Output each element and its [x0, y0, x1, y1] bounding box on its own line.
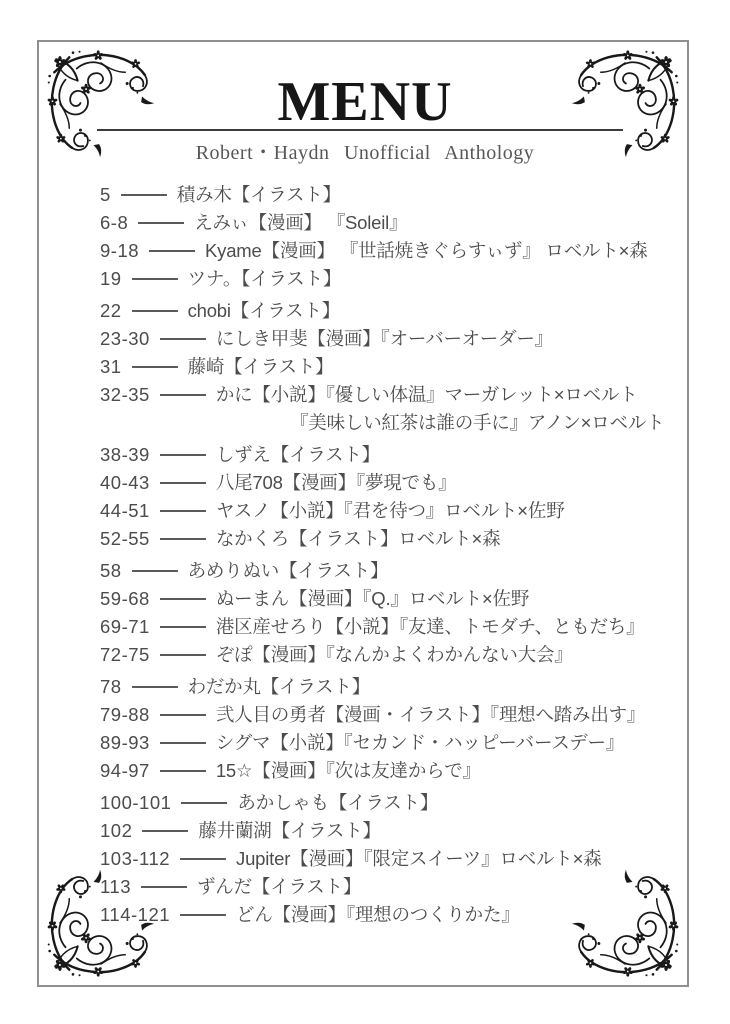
entry-text: chobi【イラスト】 [188, 300, 340, 321]
toc-row: 44-51ヤスノ【小説】『君を待つ』ロベルト×佐野 [100, 497, 700, 525]
page-numbers: 79-88 [100, 701, 150, 729]
entry-text: わだか丸【イラスト】 [188, 676, 370, 697]
entry-text: あめりぬい【イラスト】 [188, 560, 389, 581]
leader-line [149, 250, 195, 252]
page-numbers: 103-112 [100, 845, 170, 873]
entry-text: 『美味しい紅茶は誰の手に』アノン×ロベルト [290, 412, 664, 433]
page-numbers: 38-39 [100, 441, 150, 469]
page-subtitle: Robert・Haydn Unofficial Anthology [0, 136, 730, 165]
leader-line [160, 338, 206, 340]
page-numbers: 23-30 [100, 325, 150, 353]
toc-group: 38-39しずえ【イラスト】40-43八尾708【漫画】『夢現でも』44-51ヤ… [100, 441, 700, 553]
entry-text: Jupiter【漫画】『限定スイーツ』ロベルト×森 [236, 848, 601, 869]
toc-row: 69-71港区産せろり【小説】『友達、トモダチ、ともだち』 [100, 613, 700, 641]
page-numbers: 32-35 [100, 381, 150, 409]
page-numbers: 100-101 [100, 789, 171, 817]
page-numbers: 94-97 [100, 757, 150, 785]
entry-text: 藤崎【イラスト】 [188, 356, 334, 377]
entry-text: 15☆【漫画】『次は友達からで』 [216, 760, 481, 781]
toc-row: 23-30にしき甲斐【漫画】『オーバーオーダー』 [100, 325, 700, 353]
page-numbers: 19 [100, 265, 122, 293]
entry-text: ヤスノ【小説】『君を待つ』ロベルト×佐野 [216, 500, 565, 521]
page-numbers: 52-55 [100, 525, 150, 553]
entry-text: しずえ【イラスト】 [216, 444, 380, 465]
toc-row: 78わだか丸【イラスト】 [100, 673, 700, 701]
leader-line [132, 686, 178, 688]
leader-line [160, 598, 206, 600]
page-numbers: 72-75 [100, 641, 150, 669]
entry-text: ぞぽ【漫画】『なんかよくわかんない大会』 [216, 644, 573, 665]
toc-row: 19ツナ。【イラスト】 [100, 265, 700, 293]
toc-row: 102藤井蘭湖【イラスト】 [100, 817, 700, 845]
page-numbers: 6-8 [100, 209, 128, 237]
entry-text: どん【漫画】『理想のつくりかた』 [236, 904, 520, 925]
entry-text: Kyame【漫画】 『世話焼きぐらすぃず』 ロベルト×森 [205, 240, 648, 261]
entry-text: 藤井蘭湖【イラスト】 [198, 820, 380, 841]
entry-text: えみぃ【漫画】 『Soleil』 [194, 212, 407, 233]
toc-group: 22chobi【イラスト】23-30にしき甲斐【漫画】『オーバーオーダー』31藤… [100, 297, 700, 437]
entry-text: 港区産せろり【小説】『友達、トモダチ、ともだち』 [216, 616, 645, 637]
page-numbers: 5 [100, 181, 111, 209]
entry-text: 積み木【イラスト】 [177, 184, 341, 205]
anthology-menu-page: MENU Robert・Haydn Unofficial Anthology 5… [0, 0, 730, 1024]
title-underline [97, 129, 623, 131]
page-numbers: 31 [100, 353, 122, 381]
page-numbers: 59-68 [100, 585, 150, 613]
toc-row: 5積み木【イラスト】 [100, 181, 700, 209]
toc-row: 89-93シグマ【小説】『セカンド・ハッピーバースデー』 [100, 729, 700, 757]
toc-row: 58あめりぬい【イラスト】 [100, 557, 700, 585]
toc-row: 103-112Jupiter【漫画】『限定スイーツ』ロベルト×森 [100, 845, 700, 873]
toc-row: 32-35かに【小説】『優しい体温』マーガレット×ロベルト [100, 381, 700, 409]
page-numbers: 9-18 [100, 237, 139, 265]
toc-row: 114-121どん【漫画】『理想のつくりかた』 [100, 901, 700, 929]
entry-text: 弐人目の勇者【漫画・イラスト】『理想へ踏み出す』 [216, 704, 645, 725]
page-numbers: 114-121 [100, 901, 170, 929]
toc-row: 52-55なかくろ【イラスト】ロベルト×森 [100, 525, 700, 553]
toc-row: 38-39しずえ【イラスト】 [100, 441, 700, 469]
page-numbers: 78 [100, 673, 122, 701]
entry-text: 八尾708【漫画】『夢現でも』 [216, 472, 457, 493]
leader-line [160, 454, 206, 456]
toc-row: 79-88弐人目の勇者【漫画・イラスト】『理想へ踏み出す』 [100, 701, 700, 729]
leader-line [180, 914, 226, 916]
toc-row: 31藤崎【イラスト】 [100, 353, 700, 381]
leader-line [138, 222, 184, 224]
toc-row: 59-68ぬーまん【漫画】『Q.』ロベルト×佐野 [100, 585, 700, 613]
leader-line [132, 366, 178, 368]
toc-row: 6-8えみぃ【漫画】 『Soleil』 [100, 209, 700, 237]
leader-line [121, 194, 167, 196]
leader-line [160, 394, 206, 396]
toc-row: 113ずんだ【イラスト】 [100, 873, 700, 901]
leader-line [181, 802, 227, 804]
toc-row-continuation: 『美味しい紅茶は誰の手に』アノン×ロベルト [100, 409, 700, 437]
entry-text: なかくろ【イラスト】ロベルト×森 [216, 528, 501, 549]
entry-text: ツナ。【イラスト】 [188, 268, 342, 289]
entry-text: かに【小説】『優しい体温』マーガレット×ロベルト [216, 384, 638, 405]
leader-line [160, 538, 206, 540]
leader-line [160, 742, 206, 744]
page-numbers: 58 [100, 557, 122, 585]
leader-line [132, 310, 178, 312]
leader-line [132, 278, 178, 280]
toc-group: 5積み木【イラスト】6-8えみぃ【漫画】 『Soleil』9-18Kyame【漫… [100, 181, 700, 293]
leader-line [160, 654, 206, 656]
leader-line [141, 886, 187, 888]
entry-text: あかしゃも【イラスト】 [237, 792, 438, 813]
page-numbers: 44-51 [100, 497, 150, 525]
leader-line [160, 626, 206, 628]
toc-row: 72-75ぞぽ【漫画】『なんかよくわかんない大会』 [100, 641, 700, 669]
page-numbers: 102 [100, 817, 132, 845]
leader-line [160, 714, 206, 716]
entry-text: にしき甲斐【漫画】『オーバーオーダー』 [216, 328, 553, 349]
toc-row: 9-18Kyame【漫画】 『世話焼きぐらすぃず』 ロベルト×森 [100, 237, 700, 265]
page-numbers: 40-43 [100, 469, 150, 497]
entry-text: ぬーまん【漫画】『Q.』ロベルト×佐野 [216, 588, 529, 609]
page-numbers: 22 [100, 297, 122, 325]
toc-group: 58あめりぬい【イラスト】59-68ぬーまん【漫画】『Q.』ロベルト×佐野69-… [100, 557, 700, 669]
toc-list: 5積み木【イラスト】6-8えみぃ【漫画】 『Soleil』9-18Kyame【漫… [100, 181, 700, 933]
toc-group: 78わだか丸【イラスト】79-88弐人目の勇者【漫画・イラスト】『理想へ踏み出す… [100, 673, 700, 785]
page-title: MENU [0, 74, 730, 130]
toc-row: 94-9715☆【漫画】『次は友達からで』 [100, 757, 700, 785]
page-numbers: 89-93 [100, 729, 150, 757]
toc-group: 100-101あかしゃも【イラスト】102藤井蘭湖【イラスト】103-112Ju… [100, 789, 700, 929]
leader-line [160, 510, 206, 512]
leader-line [180, 858, 226, 860]
toc-row: 40-43八尾708【漫画】『夢現でも』 [100, 469, 700, 497]
leader-line [142, 830, 188, 832]
leader-line [160, 482, 206, 484]
entry-text: ずんだ【イラスト】 [197, 876, 361, 897]
leader-line [132, 570, 178, 572]
leader-line [160, 770, 206, 772]
page-numbers: 113 [100, 873, 131, 901]
toc-row: 100-101あかしゃも【イラスト】 [100, 789, 700, 817]
page-numbers: 69-71 [100, 613, 150, 641]
entry-text: シグマ【小説】『セカンド・ハッピーバースデー』 [216, 732, 624, 753]
toc-row: 22chobi【イラスト】 [100, 297, 700, 325]
